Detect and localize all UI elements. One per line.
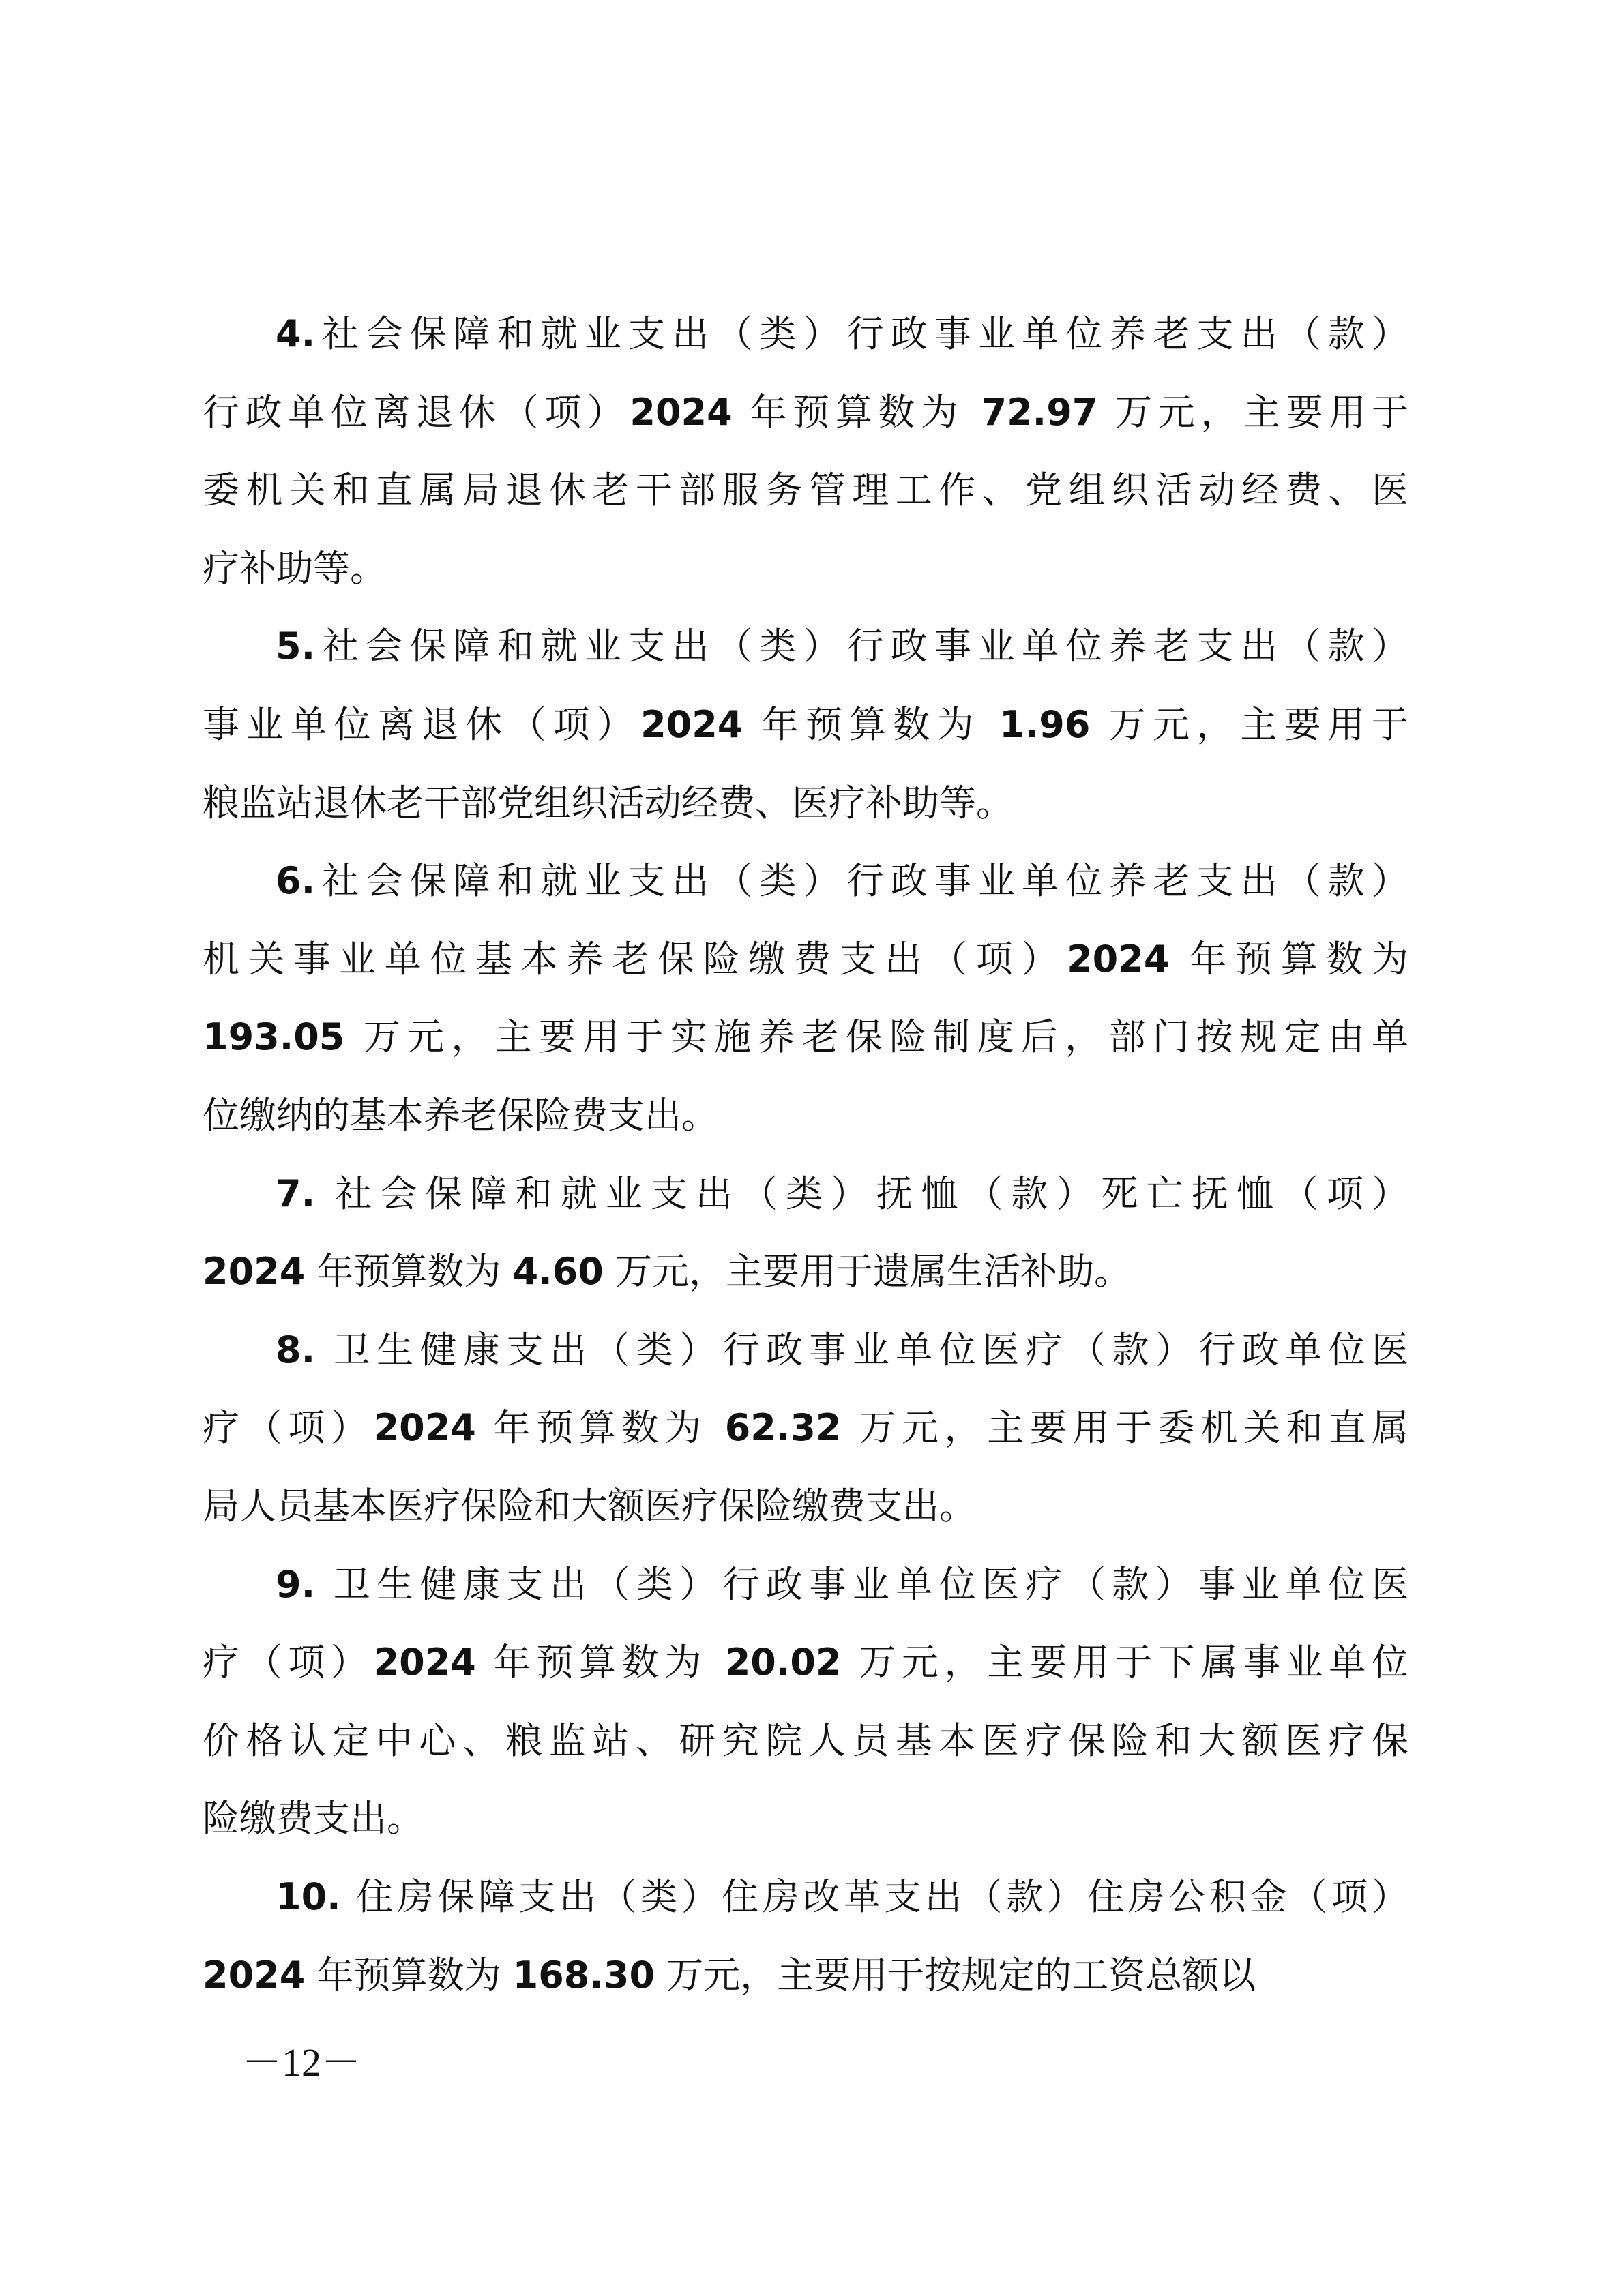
text-line: 局人员基本医疗保险和大额医疗保险缴费支出。 bbox=[203, 1479, 1408, 1534]
body-text-segment: 万元，主要用于遗属生活补助。 bbox=[604, 1250, 1131, 1293]
body-text-segment: 粮监站退休老干部党组织活动经费、医疗补助等。 bbox=[203, 781, 1013, 824]
number-text: 62.32 bbox=[725, 1406, 842, 1449]
body-text-segment: 万元，主要用于实施养老保险制度后，部门按规定由单 bbox=[344, 1015, 1408, 1058]
body-text-segment: 险缴费支出。 bbox=[203, 1797, 424, 1840]
number-text: 1.96 bbox=[999, 703, 1090, 746]
text-line: 委机关和直属局退休老干部服务管理工作、党组织活动经费、医 bbox=[203, 463, 1408, 518]
body-text-segment: 疗（项） bbox=[203, 1641, 374, 1684]
body-text-segment: 行政单位离退休（项） bbox=[203, 391, 630, 434]
text-line: 10. 住房保障支出（类）住房改革支出（款）住房公积金（项） bbox=[276, 1870, 1408, 1924]
body-text-segment: 年预算数为 bbox=[1169, 938, 1408, 981]
text-line: 疗（项）2024 年预算数为 62.32 万元，主要用于委机关和直属 bbox=[203, 1401, 1408, 1455]
body-text-segment: 位缴纳的基本养老保险费支出。 bbox=[203, 1094, 718, 1137]
number-text: 4. bbox=[276, 312, 315, 355]
number-text: 10. bbox=[276, 1875, 341, 1918]
number-text: 2024 bbox=[203, 1250, 305, 1293]
text-line: 险缴费支出。 bbox=[203, 1791, 1408, 1846]
number-text: 193.05 bbox=[203, 1015, 344, 1058]
body-text-segment: 社会保障和就业支出（类）行政事业单位养老支出（款） bbox=[315, 859, 1408, 902]
body-text-segment: 卫生健康支出（类）行政事业单位医疗（款）事业单位医 bbox=[315, 1563, 1408, 1606]
body-text-segment: 卫生健康支出（类）行政事业单位医疗（款）行政单位医 bbox=[315, 1328, 1408, 1371]
body-text-segment: 年预算数为 bbox=[476, 1406, 725, 1449]
number-text: 2024 bbox=[374, 1641, 476, 1684]
body-text-segment: 万元，主要用于按规定的工资总额以 bbox=[655, 1954, 1256, 1997]
text-line: 行政单位离退休（项）2024 年预算数为 72.97 万元，主要用于 bbox=[203, 385, 1408, 440]
text-line: 4.社会保障和就业支出（类）行政事业单位养老支出（款） bbox=[276, 307, 1408, 361]
number-text: 2024 bbox=[374, 1406, 476, 1449]
page-number: －12－ bbox=[242, 2039, 361, 2087]
body-text-segment: 机关事业单位基本养老保险缴费支出（项） bbox=[203, 938, 1067, 981]
body-text-segment: 年预算数为 bbox=[305, 1250, 512, 1293]
body-text-segment: 万元，主要用于下属事业单位 bbox=[842, 1641, 1409, 1684]
number-text: 2024 bbox=[630, 391, 732, 434]
number-text: 20.02 bbox=[725, 1641, 842, 1684]
text-line: 5.社会保障和就业支出（类）行政事业单位养老支出（款） bbox=[276, 619, 1408, 674]
text-line: 疗（项）2024 年预算数为 20.02 万元，主要用于下属事业单位 bbox=[203, 1635, 1408, 1690]
body-text-segment: 社会保障和就业支出（类）抚恤（款）死亡抚恤（项） bbox=[315, 1172, 1408, 1215]
text-line: 2024 年预算数为 4.60 万元，主要用于遗属生活补助。 bbox=[203, 1244, 1408, 1299]
text-line: 2024 年预算数为 168.30 万元，主要用于按规定的工资总额以 bbox=[203, 1948, 1408, 2003]
body-text-segment: 万元，主要用于 bbox=[1097, 391, 1408, 434]
body-text-segment: 疗（项） bbox=[203, 1406, 374, 1449]
text-line: 机关事业单位基本养老保险缴费支出（项）2024 年预算数为 bbox=[203, 932, 1408, 987]
number-text: 6. bbox=[276, 859, 315, 902]
text-line: 8. 卫生健康支出（类）行政事业单位医疗（款）行政单位医 bbox=[276, 1323, 1408, 1377]
document-page: 4.社会保障和就业支出（类）行政事业单位养老支出（款）行政单位离退休（项）202… bbox=[0, 0, 1624, 2296]
number-text: 9. bbox=[276, 1563, 315, 1606]
body-text-segment: 住房保障支出（类）住房改革支出（款）住房公积金（项） bbox=[341, 1875, 1408, 1918]
text-line: 粮监站退休老干部党组织活动经费、医疗补助等。 bbox=[203, 776, 1408, 831]
body-text-segment: 价格认定中心、粮监站、研究院人员基本医疗保险和大额医疗保 bbox=[203, 1719, 1408, 1762]
text-line: 价格认定中心、粮监站、研究院人员基本医疗保险和大额医疗保 bbox=[203, 1714, 1408, 1768]
text-line: 193.05 万元，主要用于实施养老保险制度后，部门按规定由单 bbox=[203, 1010, 1408, 1064]
body-text-segment: 年预算数为 bbox=[733, 391, 981, 434]
number-text: 2024 bbox=[640, 703, 743, 746]
body-text-segment: 社会保障和就业支出（类）行政事业单位养老支出（款） bbox=[315, 312, 1408, 355]
body-text-segment: 万元，主要用于委机关和直属 bbox=[842, 1406, 1409, 1449]
body-text-segment: 疗补助等。 bbox=[203, 547, 387, 590]
text-line: 7. 社会保障和就业支出（类）抚恤（款）死亡抚恤（项） bbox=[276, 1167, 1408, 1221]
body-text-segment: 事业单位离退休（项） bbox=[203, 703, 640, 746]
number-text: 4.60 bbox=[513, 1250, 604, 1293]
body-text-segment: 年预算数为 bbox=[743, 703, 999, 746]
body-text-segment: 局人员基本医疗保险和大额医疗保险缴费支出。 bbox=[203, 1485, 976, 1527]
text-line: 6.社会保障和就业支出（类）行政事业单位养老支出（款） bbox=[276, 854, 1408, 908]
number-text: 8. bbox=[276, 1328, 315, 1371]
text-line: 事业单位离退休（项）2024 年预算数为 1.96 万元，主要用于 bbox=[203, 698, 1408, 752]
body-text-segment: 年预算数为 bbox=[476, 1641, 725, 1684]
number-text: 72.97 bbox=[981, 391, 1098, 434]
text-line: 9. 卫生健康支出（类）行政事业单位医疗（款）事业单位医 bbox=[276, 1557, 1408, 1612]
text-line: 位缴纳的基本养老保险费支出。 bbox=[203, 1088, 1408, 1143]
body-text-segment: 社会保障和就业支出（类）行政事业单位养老支出（款） bbox=[315, 625, 1408, 668]
body-text-segment: 万元，主要用于 bbox=[1090, 703, 1408, 746]
body-text-segment: 年预算数为 bbox=[305, 1954, 512, 1997]
number-text: 5. bbox=[276, 625, 315, 668]
number-text: 2024 bbox=[203, 1954, 305, 1997]
number-text: 2024 bbox=[1067, 938, 1169, 981]
body-text-segment: 委机关和直属局退休老干部服务管理工作、党组织活动经费、医 bbox=[203, 468, 1408, 511]
number-text: 168.30 bbox=[513, 1954, 655, 1997]
text-line: 疗补助等。 bbox=[203, 541, 1408, 596]
number-text: 7. bbox=[276, 1172, 315, 1215]
